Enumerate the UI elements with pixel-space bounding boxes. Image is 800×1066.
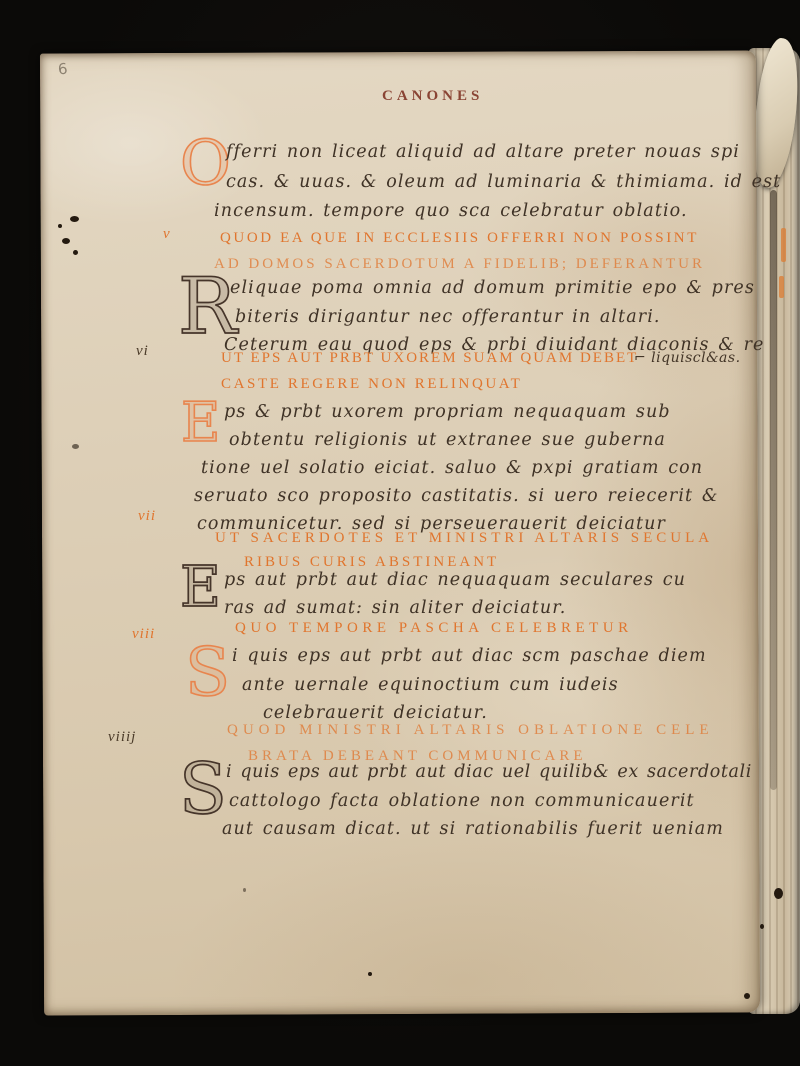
ink-speck xyxy=(744,993,750,999)
margin-number-vi: vi xyxy=(136,343,149,360)
body-line: biteris dirigantur nec offerantur in alt… xyxy=(235,307,661,327)
ink-speck xyxy=(243,888,246,892)
initial-letter-S: S xyxy=(185,640,230,706)
rubric-line: CASTE REGERE NON RELINQUAT xyxy=(221,376,522,393)
folio-number: 6 xyxy=(57,60,68,79)
body-line: ras ad sumat: sin aliter deiciatur. xyxy=(224,598,566,618)
ink-speck xyxy=(58,224,62,228)
body-line: eliquae poma omnia ad domum primitie epo… xyxy=(230,278,755,298)
body-line: ps aut prbt aut diac nequaquam seculares… xyxy=(224,570,686,590)
body-line: ps & prbt uxorem propriam nequaquam sub xyxy=(224,402,671,422)
body-line: aut causam dicat. ut si rationabilis fue… xyxy=(222,819,724,839)
body-line: ante uernale equinoctium cum iudeis xyxy=(242,675,619,695)
margin-number-viiii: viiij xyxy=(108,729,136,746)
ink-speck xyxy=(73,250,78,255)
body-line: i quis eps aut prbt aut diac uel quilib&… xyxy=(226,762,752,782)
ink-speck xyxy=(70,216,79,222)
initial-letter-O: O xyxy=(180,132,231,194)
margin-number-v: v xyxy=(163,226,171,243)
ink-speck xyxy=(774,888,783,899)
bleed-through-mark xyxy=(779,276,784,298)
ink-speck xyxy=(368,972,372,976)
body-line: i quis eps aut prbt aut diac scm paschae… xyxy=(232,646,707,666)
rubric-line: QUOD EA QUE IN ECCLESIIS OFFERRI NON POS… xyxy=(220,230,699,247)
ink-speck xyxy=(760,924,764,929)
body-line: seruato sco proposito castitatis. si uer… xyxy=(194,486,719,506)
initial-letter-S: S xyxy=(179,754,227,824)
initial-letter-E: E xyxy=(180,560,221,616)
body-line: cas. & uuas. & oleum ad luminaria & thim… xyxy=(226,172,781,192)
rubric-line: RIBUS CURIS ABSTINEANT xyxy=(244,554,499,571)
page-edge-shadow xyxy=(770,190,777,790)
margin-number-vii: vii xyxy=(138,508,156,525)
body-line: incensum. tempore quo sca celebratur obl… xyxy=(214,201,688,221)
body-line: fferri non liceat aliquid ad altare pret… xyxy=(226,142,740,162)
margin-correction-note: ⌐ liquiscl&as. xyxy=(634,350,741,366)
bleed-through-mark xyxy=(781,228,786,262)
rubric-line: AD DOMOS SACERDOTUM A FIDELIB; DEFERANTU… xyxy=(214,256,705,273)
ink-speck xyxy=(62,238,70,244)
body-line: cattologo facta oblatione non communicau… xyxy=(229,791,695,811)
body-line: tione uel solatio eiciat. saluo & pxpi g… xyxy=(201,458,703,478)
rubric-line: QUOD MINISTRI ALTARIS OBLATIONE CELE xyxy=(227,722,714,739)
body-line: obtentu religionis ut extranee sue guber… xyxy=(229,430,666,450)
margin-mark xyxy=(72,444,79,449)
running-title: CANONES xyxy=(382,88,483,105)
rubric-line: QUO TEMPORE PASCHA CELEBRETUR xyxy=(235,620,633,637)
margin-number-viii: viii xyxy=(132,626,155,643)
rubric-line: UT EPS AUT PRBT UXOREM SUAM QUAM DEBET xyxy=(221,350,638,367)
rubric-line: UT SACERDOTES ET MINISTRI ALTARIS SECULA xyxy=(215,530,713,547)
initial-letter-E: E xyxy=(181,396,220,450)
body-line: celebrauerit deiciatur. xyxy=(263,703,488,723)
